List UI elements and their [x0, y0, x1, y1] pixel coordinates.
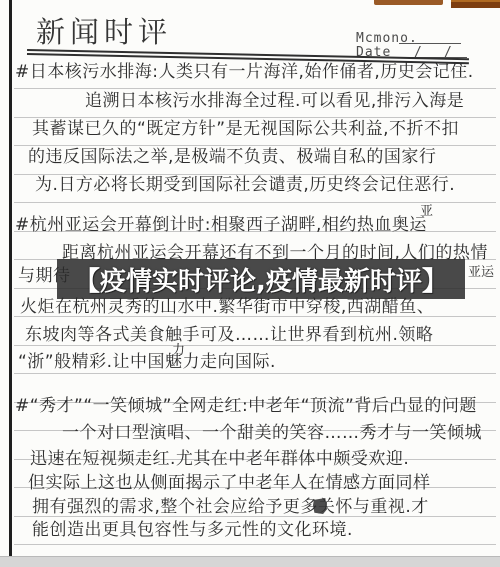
handwriting-row: 为.日方必将长期受到国际社会谴责,历史终会记住恶行. [35, 175, 455, 195]
memo-underline [399, 43, 461, 44]
desk-edge-left-fragment [374, 0, 443, 5]
handwriting-row: 亚运 [468, 263, 494, 283]
page-left-edge-line [9, 0, 12, 567]
scribble-mark [313, 498, 327, 514]
watermark-banner: 【疫情实时评论,疫情最新时评】 [57, 259, 465, 299]
handwriting-row: 东坡肉等各式美食触手可及……让世界看到杭州.领略 [25, 325, 433, 345]
handwriting-row: 追溯日本核污水排海全过程.可以看见,排污入海是 [85, 91, 464, 111]
page-title: 新闻时评 [36, 10, 172, 51]
handwriting-row: “浙”般精彩.让中国魅力走向国际. [18, 352, 276, 372]
ruled-line [14, 88, 496, 89]
watermark-text: 【疫情实时评论,疫情最新时评】 [74, 261, 448, 298]
handwriting-row: 但实际上这也从侧面揭示了中老年人在情感方面同样 [28, 473, 431, 493]
insert-annotation: 亚 [420, 200, 433, 219]
handwriting-row: 其蓄谋已久的“既定方针”是无视国际公共利益,不折不扣 [32, 119, 459, 139]
handwriting-row: 的违反国际法之举,是极端不负责、极端自私的国家行 [28, 147, 436, 167]
handwriting-row: 一个对口型演唱、一个甜美的笑容……秀才与一笑倾城 [62, 423, 482, 443]
handwriting-row: 火炬在杭州灵秀的山水中.繁华街市中穿梭,西湖醋鱼、 [20, 297, 434, 317]
ruled-line [14, 117, 496, 118]
handwriting-row: #杭州亚运会开幕倒计时:相聚西子湖畔,相约热血奥运 [15, 215, 427, 235]
handwriting-row: #日本核污水排海:人类只有一片海洋,始作俑者,历史会记住. [15, 62, 474, 82]
notebook-page-photo: 新闻时评 Mcmono. Date / / #日本核污水排海:人类只有一片海洋,… [0, 0, 500, 567]
handwriting-row: 拥有强烈的需求,整个社会应给予更多关怀与重视.才 [32, 497, 429, 517]
ruled-line [14, 145, 496, 146]
page-bottom-edge [0, 556, 500, 567]
insert-annotation: 力 [172, 339, 185, 358]
handwriting-row: 迅速在短视频走红.尤其在中老年群体中颇受欢迎. [30, 449, 409, 469]
ruled-line [14, 373, 496, 374]
handwriting-row: #“秀才”“一笑倾城”全网走红:中老年“顶流”背后凸显的问题 [15, 396, 477, 416]
desk-edge-right-fragment [451, 0, 500, 8]
handwriting-row: 能创造出更具包容性与多元性的文化环境. [32, 520, 353, 540]
ruled-line [14, 544, 496, 545]
